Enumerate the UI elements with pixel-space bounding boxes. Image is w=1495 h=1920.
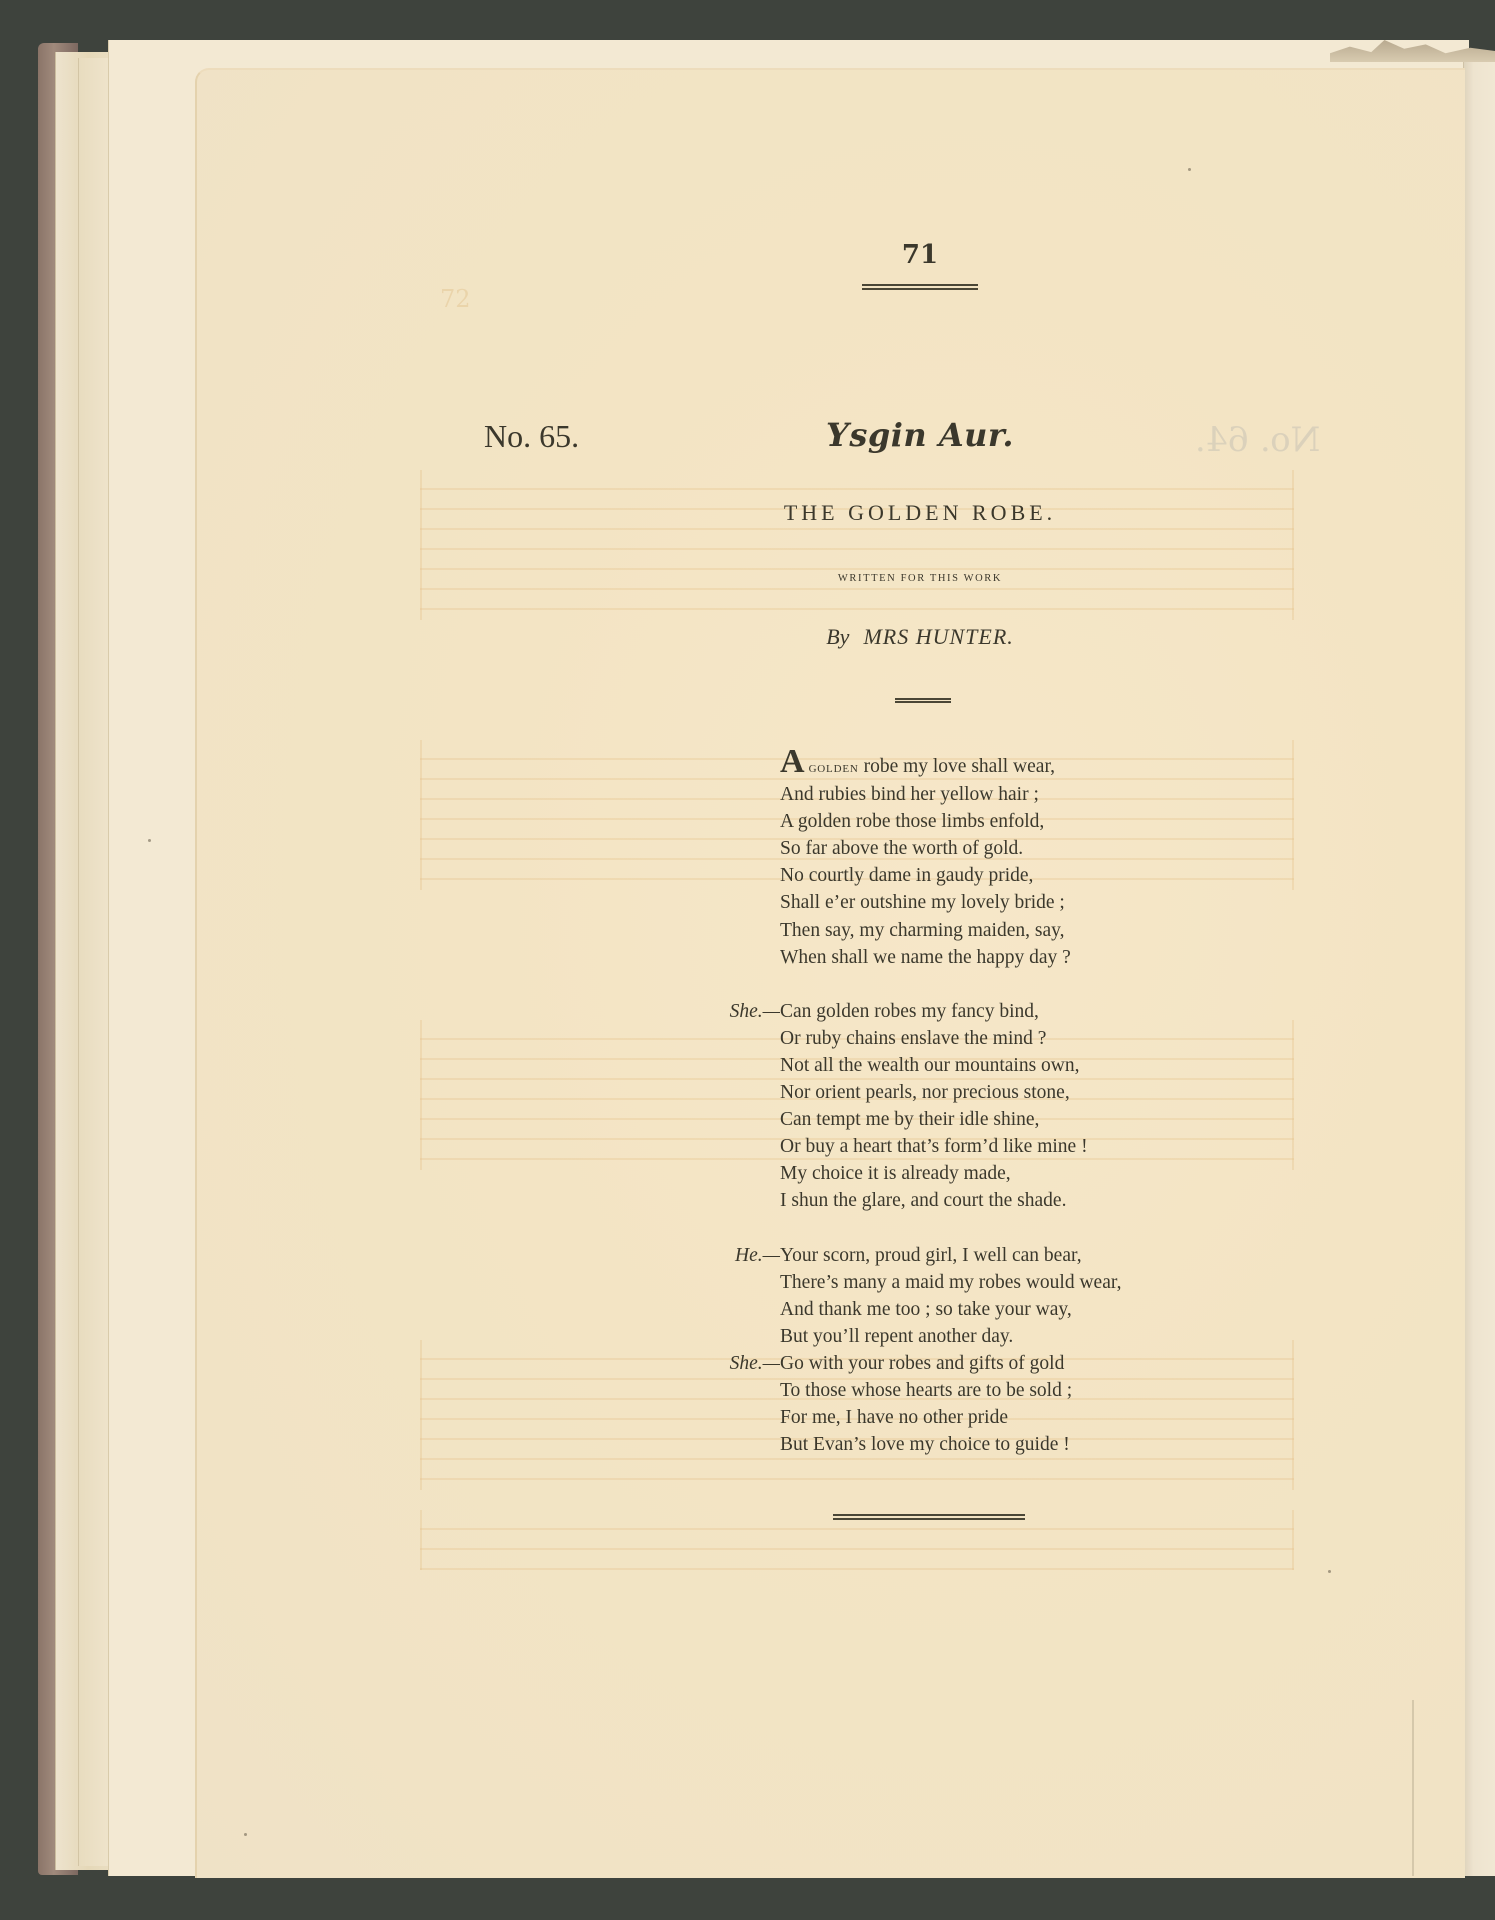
show-through-music-staff bbox=[420, 470, 1294, 620]
poem-line: I shun the glare, and court the shade. bbox=[590, 1187, 1190, 1214]
poem-line: But Evan’s love my choice to guide ! bbox=[590, 1431, 1190, 1458]
poem-line: Shall e’er outshine my lovely bride ; bbox=[590, 889, 1190, 916]
speaker-label bbox=[590, 835, 780, 862]
poem-line: Then say, my charming maiden, say, bbox=[590, 917, 1190, 944]
poem-line: She.—Go with your robes and gifts of gol… bbox=[590, 1350, 1190, 1377]
poem-line: No courtly dame in gaudy pride, bbox=[590, 862, 1190, 889]
speaker-label bbox=[590, 1187, 780, 1214]
poem-line-text: To those whose hearts are to be sold ; bbox=[780, 1377, 1072, 1404]
paper-speck bbox=[1328, 1570, 1331, 1573]
poem-line: Not all the wealth our mountains own, bbox=[590, 1052, 1190, 1079]
paper-speck bbox=[244, 1833, 247, 1836]
poem-line: He.—Your scorn, proud girl, I well can b… bbox=[590, 1242, 1190, 1269]
speaker-label bbox=[590, 889, 780, 916]
paper-speck bbox=[148, 839, 151, 842]
english-title: THE GOLDEN ROBE. bbox=[720, 500, 1120, 526]
poem-line-text: Agoldenrobe my love shall wear, bbox=[780, 752, 1055, 781]
drop-cap: A bbox=[780, 743, 805, 780]
speaker-label bbox=[590, 1133, 780, 1160]
poem-line-text: But Evan’s love my choice to guide ! bbox=[780, 1431, 1070, 1458]
poem-line-text: I shun the glare, and court the shade. bbox=[780, 1187, 1066, 1214]
poem-line-text: Shall e’er outshine my lovely bride ; bbox=[780, 889, 1065, 916]
show-through-page-number: 72 bbox=[440, 285, 471, 313]
small-caps-word: golden bbox=[809, 759, 859, 776]
poem: Agoldenrobe my love shall wear, And rubi… bbox=[590, 752, 1190, 1458]
poem-line-text: There’s many a maid my robes would wear, bbox=[780, 1269, 1121, 1296]
poem-line-text: Not all the wealth our mountains own, bbox=[780, 1052, 1080, 1079]
poem-line-text: Can tempt me by their idle shine, bbox=[780, 1106, 1039, 1133]
poem-line: Nor orient pearls, nor precious stone, bbox=[590, 1079, 1190, 1106]
poem-line-text: A golden robe those limbs enfold, bbox=[780, 808, 1044, 835]
poem-line: And thank me too ; so take your way, bbox=[590, 1296, 1190, 1323]
speaker-label bbox=[590, 1079, 780, 1106]
page-number-rule bbox=[862, 284, 978, 290]
end-rule bbox=[833, 1514, 1025, 1520]
poem-line-text: And rubies bind her yellow hair ; bbox=[780, 781, 1039, 808]
poem-line: But you’ll repent another day. bbox=[590, 1323, 1190, 1350]
speaker-label bbox=[590, 1052, 780, 1079]
speaker-label bbox=[590, 1025, 780, 1052]
author-rule bbox=[895, 698, 951, 703]
speaker-label bbox=[590, 808, 780, 835]
poem-line-text: Nor orient pearls, nor precious stone, bbox=[780, 1079, 1070, 1106]
speaker-label bbox=[590, 862, 780, 889]
poem-line-text: But you’ll repent another day. bbox=[780, 1323, 1013, 1350]
poem-line: Or buy a heart that’s form’d like mine ! bbox=[590, 1133, 1190, 1160]
poem-line: A golden robe those limbs enfold, bbox=[590, 808, 1190, 835]
poem-line-text: So far above the worth of gold. bbox=[780, 835, 1023, 862]
speaker-label bbox=[590, 917, 780, 944]
poem-line-text: My choice it is already made, bbox=[780, 1160, 1011, 1187]
poem-line: To those whose hearts are to be sold ; bbox=[590, 1377, 1190, 1404]
subtitle: WRITTEN FOR THIS WORK bbox=[760, 573, 1080, 584]
poem-line-text: Or buy a heart that’s form’d like mine ! bbox=[780, 1133, 1088, 1160]
author-name: MRS HUNTER. bbox=[863, 624, 1013, 649]
author-prefix: By bbox=[826, 624, 849, 649]
speaker-label bbox=[590, 1269, 780, 1296]
poem-line: And rubies bind her yellow hair ; bbox=[590, 781, 1190, 808]
next-page-edge bbox=[1463, 58, 1495, 1876]
poem-line: My choice it is already made, bbox=[590, 1160, 1190, 1187]
speaker-label bbox=[590, 1323, 780, 1350]
poem-line-text: When shall we name the happy day ? bbox=[780, 944, 1071, 971]
speaker-label: She.— bbox=[590, 998, 780, 1025]
poem-line-text: Go with your robes and gifts of gold bbox=[780, 1350, 1064, 1377]
poem-line: There’s many a maid my robes would wear, bbox=[590, 1269, 1190, 1296]
speaker-label bbox=[590, 944, 780, 971]
poem-line-text: Or ruby chains enslave the mind ? bbox=[780, 1025, 1046, 1052]
paper-speck bbox=[1188, 168, 1191, 171]
stanza-gap bbox=[590, 1215, 1190, 1242]
speaker-label bbox=[590, 1106, 780, 1133]
speaker-label bbox=[590, 781, 780, 808]
speaker-label: She.— bbox=[590, 1350, 780, 1377]
speaker-label bbox=[590, 1404, 780, 1431]
poem-line: When shall we name the happy day ? bbox=[590, 944, 1190, 971]
poem-line: Can tempt me by their idle shine, bbox=[590, 1106, 1190, 1133]
song-number: No. 65. bbox=[484, 418, 579, 455]
speaker-label bbox=[590, 1377, 780, 1404]
poem-line-text: For me, I have no other pride bbox=[780, 1404, 1008, 1431]
stanza-gap bbox=[590, 971, 1190, 998]
show-through-heading: No. 64. bbox=[1195, 420, 1320, 460]
speaker-label bbox=[590, 1160, 780, 1187]
poem-body: And rubies bind her yellow hair ;A golde… bbox=[590, 781, 1190, 1458]
poem-line: So far above the worth of gold. bbox=[590, 835, 1190, 862]
speaker-label: He.— bbox=[590, 1242, 780, 1269]
poem-line: Agoldenrobe my love shall wear, bbox=[590, 752, 1190, 781]
poem-line-text: And thank me too ; so take your way, bbox=[780, 1296, 1072, 1323]
poem-line: She.—Can golden robes my fancy bind, bbox=[590, 998, 1190, 1025]
poem-line-text: No courtly dame in gaudy pride, bbox=[780, 862, 1033, 889]
speaker-label bbox=[590, 752, 780, 781]
poem-line: For me, I have no other pride bbox=[590, 1404, 1190, 1431]
page-number: 71 bbox=[860, 240, 980, 270]
poem-line: Or ruby chains enslave the mind ? bbox=[590, 1025, 1190, 1052]
speaker-label bbox=[590, 1296, 780, 1323]
speaker-label bbox=[590, 1431, 780, 1458]
paper-crease bbox=[1412, 1700, 1414, 1876]
gaelic-title: Ysgin Aur. bbox=[780, 416, 1060, 454]
poem-line-text: Then say, my charming maiden, say, bbox=[780, 917, 1064, 944]
author-line: ByMRS HUNTER. bbox=[760, 624, 1080, 650]
poem-line-text: Your scorn, proud girl, I well can bear, bbox=[780, 1242, 1082, 1269]
poem-line-text: Can golden robes my fancy bind, bbox=[780, 998, 1039, 1025]
